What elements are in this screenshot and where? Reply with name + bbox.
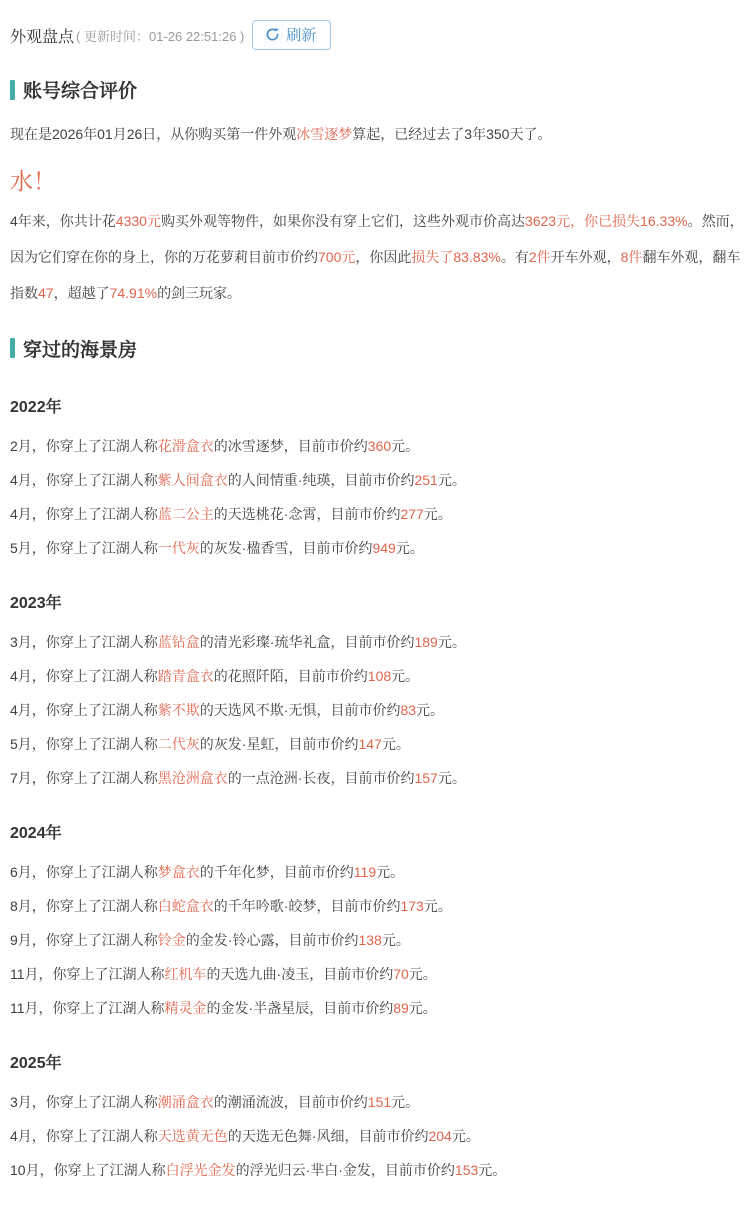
highlight-text: 踏青盒衣 — [158, 668, 214, 684]
plain-text: 4月，你穿上了江湖人称 — [10, 702, 158, 718]
wardrobe-list: 2022年2月，你穿上了江湖人称花滑盒衣的冰雪逐梦，目前市价约360元。4月，你… — [10, 394, 746, 1180]
section-heading-wardrobe: 穿过的海景房 — [10, 335, 746, 362]
plain-text: 元。 — [416, 702, 444, 718]
plain-text: 元。 — [391, 438, 419, 454]
highlight-text: 251 — [414, 472, 437, 488]
year-heading: 2025年 — [10, 1050, 746, 1073]
highlight-text: 损失了83.83% — [411, 249, 500, 265]
plain-text: 元。 — [382, 736, 410, 752]
highlight-text: 紫不欺 — [158, 702, 200, 718]
section-heading-account-text: 账号综合评价 — [23, 76, 137, 103]
plain-text: 元。 — [438, 472, 466, 488]
highlight-text: 70 — [393, 966, 409, 982]
plain-text: 5月，你穿上了江湖人称 — [10, 736, 158, 752]
plain-text: 元。 — [396, 540, 424, 556]
plain-text: 元。 — [391, 668, 419, 684]
plain-text: 的天选九曲·凌玉，目前市价约 — [207, 966, 394, 982]
plain-text: 的天选无色舞·风细，目前市价约 — [228, 1128, 429, 1144]
wardrobe-item: 7月，你穿上了江湖人称黑沧洲盒衣的一点沧洲·长夜，目前市价约157元。 — [10, 769, 746, 788]
plain-text: 6月，你穿上了江湖人称 — [10, 864, 158, 880]
plain-text: 5月，你穿上了江湖人称 — [10, 540, 158, 556]
highlight-text: 蓝二公主 — [158, 506, 214, 522]
year-heading: 2024年 — [10, 820, 746, 843]
plain-text: 元。 — [452, 1128, 480, 1144]
wardrobe-item: 4月，你穿上了江湖人称天选黄无色的天选无色舞·风细，目前市价约204元。 — [10, 1127, 746, 1146]
wardrobe-item: 5月，你穿上了江湖人称二代灰的灰发·星虹，目前市价约147元。 — [10, 735, 746, 754]
plain-text: 元。 — [478, 1162, 506, 1178]
plain-text: 4年来，你共计花 — [10, 213, 116, 229]
plain-text: 7月，你穿上了江湖人称 — [10, 770, 158, 786]
highlight-text: 153 — [455, 1162, 478, 1178]
plain-text: 的清光彩璨·琉华礼盒，目前市价约 — [200, 634, 415, 650]
highlight-text: 3623元，你已损失16.33% — [525, 213, 688, 229]
highlight-text: 47 — [38, 285, 54, 301]
plain-text: 元。 — [391, 1094, 419, 1110]
plain-text: 4月，你穿上了江湖人称 — [10, 506, 158, 522]
highlight-text: 二代灰 — [158, 736, 200, 752]
wardrobe-item: 8月，你穿上了江湖人称白蛇盒衣的千年吟歌·皎梦，目前市价约173元。 — [10, 897, 746, 916]
plain-text: 的一点沧洲·长夜，目前市价约 — [228, 770, 415, 786]
year-heading: 2022年 — [10, 394, 746, 417]
verdict-text: 水！ — [10, 167, 746, 197]
highlight-text: 梦盒衣 — [158, 864, 200, 880]
plain-text: 的千年吟歌·皎梦，目前市价约 — [214, 898, 401, 914]
update-time-label: ( 更新时间：01-26 22:51:26 ) — [76, 26, 244, 45]
highlight-text: 949 — [372, 540, 395, 556]
highlight-text: 潮涌盒衣 — [158, 1094, 214, 1110]
highlight-text: 一代灰 — [158, 540, 200, 556]
plain-text: 算起，已经过去了3年350天了。 — [352, 126, 551, 142]
plain-text: ，超越了 — [54, 285, 110, 301]
wardrobe-item: 5月，你穿上了江湖人称一代灰的灰发·楹香雪，目前市价约949元。 — [10, 539, 746, 558]
highlight-text: 紫人间盒衣 — [158, 472, 228, 488]
plain-text: 的灰发·楹香雪，目前市价约 — [200, 540, 373, 556]
plain-text: 11月，你穿上了江湖人称 — [10, 1000, 165, 1016]
highlight-text: 360 — [368, 438, 391, 454]
wardrobe-item: 10月，你穿上了江湖人称白浮光金发的浮光归云·芈白·金发，目前市价约153元。 — [10, 1161, 746, 1180]
plain-text: 的剑三玩家。 — [157, 285, 241, 301]
wardrobe-item: 11月，你穿上了江湖人称红机车的天选九曲·凌玉，目前市价约70元。 — [10, 965, 746, 984]
highlight-text: 4330元 — [116, 213, 161, 229]
wardrobe-item: 4月，你穿上了江湖人称蓝二公主的天选桃花·念霄，目前市价约277元。 — [10, 505, 746, 524]
plain-text: 元。 — [438, 634, 466, 650]
wardrobe-item: 4月，你穿上了江湖人称紫不欺的天选风不欺·无惧，目前市价约83元。 — [10, 701, 746, 720]
highlight-text: 天选黄无色 — [158, 1128, 228, 1144]
highlight-text: 147 — [358, 736, 381, 752]
plain-text: 元。 — [409, 1000, 437, 1016]
plain-text: 9月，你穿上了江湖人称 — [10, 932, 158, 948]
plain-text: 现在是2026年01月26日，从你购买第一件外观 — [10, 126, 296, 142]
wardrobe-item: 4月，你穿上了江湖人称紫人间盒衣的人间情重·纯瑛，目前市价约251元。 — [10, 471, 746, 490]
wardrobe-item: 11月，你穿上了江湖人称精灵金的金发·半盏星辰，目前市价约89元。 — [10, 999, 746, 1018]
highlight-text: 白蛇盒衣 — [158, 898, 214, 914]
section-bar-icon — [10, 80, 15, 100]
highlight-text: 花滑盒衣 — [158, 438, 214, 454]
plain-text: 的天选风不欺·无惧，目前市价约 — [200, 702, 401, 718]
wardrobe-item: 3月，你穿上了江湖人称潮涌盒衣的潮涌流波，目前市价约151元。 — [10, 1093, 746, 1112]
plain-text: 元。 — [424, 506, 452, 522]
plain-text: 4月，你穿上了江湖人称 — [10, 1128, 158, 1144]
highlight-text: 冰雪逐梦 — [296, 126, 352, 142]
plain-text: 购买外观等物件，如果你没有穿上它们，这些外观市价高达 — [161, 213, 525, 229]
highlight-text: 277 — [400, 506, 423, 522]
year-heading: 2023年 — [10, 590, 746, 613]
highlight-text: 89 — [393, 1000, 409, 1016]
plain-text: 。有 — [501, 249, 529, 265]
highlight-text: 红机车 — [165, 966, 207, 982]
plain-text: 11月，你穿上了江湖人称 — [10, 966, 165, 982]
plain-text: 的冰雪逐梦，目前市价约 — [214, 438, 368, 454]
plain-text: 的金发·半盏星辰，目前市价约 — [207, 1000, 394, 1016]
wardrobe-item: 3月，你穿上了江湖人称蓝钻盒的清光彩璨·琉华礼盒，目前市价约189元。 — [10, 633, 746, 652]
refresh-button[interactable]: 刷新 — [252, 20, 331, 50]
highlight-text: 173 — [400, 898, 423, 914]
highlight-text: 157 — [414, 770, 437, 786]
detail-paragraph: 4年来，你共计花4330元购买外观等物件，如果你没有穿上它们，这些外观市价高达3… — [10, 203, 746, 311]
wardrobe-item: 9月，你穿上了江湖人称铃金的金发·铃心露，目前市价约138元。 — [10, 931, 746, 950]
plain-text: 的天选桃花·念霄，目前市价约 — [214, 506, 401, 522]
plain-text: ，你因此 — [355, 249, 411, 265]
plain-text: 的金发·铃心露，目前市价约 — [186, 932, 359, 948]
plain-text: 8月，你穿上了江湖人称 — [10, 898, 158, 914]
wardrobe-item: 6月，你穿上了江湖人称梦盒衣的千年化梦，目前市价约119元。 — [10, 863, 746, 882]
highlight-text: 蓝钻盒 — [158, 634, 200, 650]
plain-text: 的灰发·星虹，目前市价约 — [200, 736, 359, 752]
highlight-text: 189 — [414, 634, 437, 650]
section-heading-account: 账号综合评价 — [10, 76, 746, 103]
page-title: 外观盘点 — [10, 24, 74, 47]
intro-paragraph: 现在是2026年01月26日，从你购买第一件外观冰雪逐梦算起，已经过去了3年35… — [10, 117, 746, 151]
highlight-text: 151 — [368, 1094, 391, 1110]
highlight-text: 700元 — [318, 249, 355, 265]
wardrobe-item: 4月，你穿上了江湖人称踏青盒衣的花照阡陌，目前市价约108元。 — [10, 667, 746, 686]
plain-text: 元。 — [438, 770, 466, 786]
highlight-text: 白浮光金发 — [166, 1162, 236, 1178]
section-bar-icon — [10, 338, 15, 358]
highlight-text: 119 — [354, 864, 376, 880]
highlight-text: 黑沧洲盒衣 — [158, 770, 228, 786]
section-heading-wardrobe-text: 穿过的海景房 — [23, 335, 137, 362]
plain-text: 4月，你穿上了江湖人称 — [10, 472, 158, 488]
page-header: 外观盘点 ( 更新时间：01-26 22:51:26 ) 刷新 — [10, 20, 746, 50]
plain-text: 2月，你穿上了江湖人称 — [10, 438, 158, 454]
highlight-text: 2件 — [529, 249, 551, 265]
appearance-inventory-page: 外观盘点 ( 更新时间：01-26 22:51:26 ) 刷新 账号综合评价 现… — [10, 20, 746, 1180]
plain-text: 的人间情重·纯瑛，目前市价约 — [228, 472, 415, 488]
highlight-text: 铃金 — [158, 932, 186, 948]
plain-text: 10月，你穿上了江湖人称 — [10, 1162, 166, 1178]
wardrobe-item: 2月，你穿上了江湖人称花滑盒衣的冰雪逐梦，目前市价约360元。 — [10, 437, 746, 456]
plain-text: 的花照阡陌，目前市价约 — [214, 668, 368, 684]
highlight-text: 74.91% — [110, 285, 157, 301]
plain-text: 3月，你穿上了江湖人称 — [10, 634, 158, 650]
highlight-text: 138 — [358, 932, 381, 948]
plain-text: 元。 — [376, 864, 404, 880]
highlight-text: 83 — [400, 702, 416, 718]
refresh-label: 刷新 — [286, 24, 316, 45]
plain-text: 的潮涌流波，目前市价约 — [214, 1094, 368, 1110]
plain-text: 3月，你穿上了江湖人称 — [10, 1094, 158, 1110]
plain-text: 元。 — [382, 932, 410, 948]
plain-text: 的千年化梦，目前市价约 — [200, 864, 354, 880]
highlight-text: 精灵金 — [165, 1000, 207, 1016]
highlight-text: 108 — [368, 668, 391, 684]
plain-text: 的浮光归云·芈白·金发，目前市价约 — [236, 1162, 455, 1178]
plain-text: 元。 — [424, 898, 452, 914]
plain-text: 4月，你穿上了江湖人称 — [10, 668, 158, 684]
highlight-text: 8件 — [621, 249, 643, 265]
highlight-text: 204 — [428, 1128, 451, 1144]
plain-text: 开车外观， — [551, 249, 621, 265]
refresh-icon — [265, 27, 280, 42]
plain-text: 元。 — [409, 966, 437, 982]
